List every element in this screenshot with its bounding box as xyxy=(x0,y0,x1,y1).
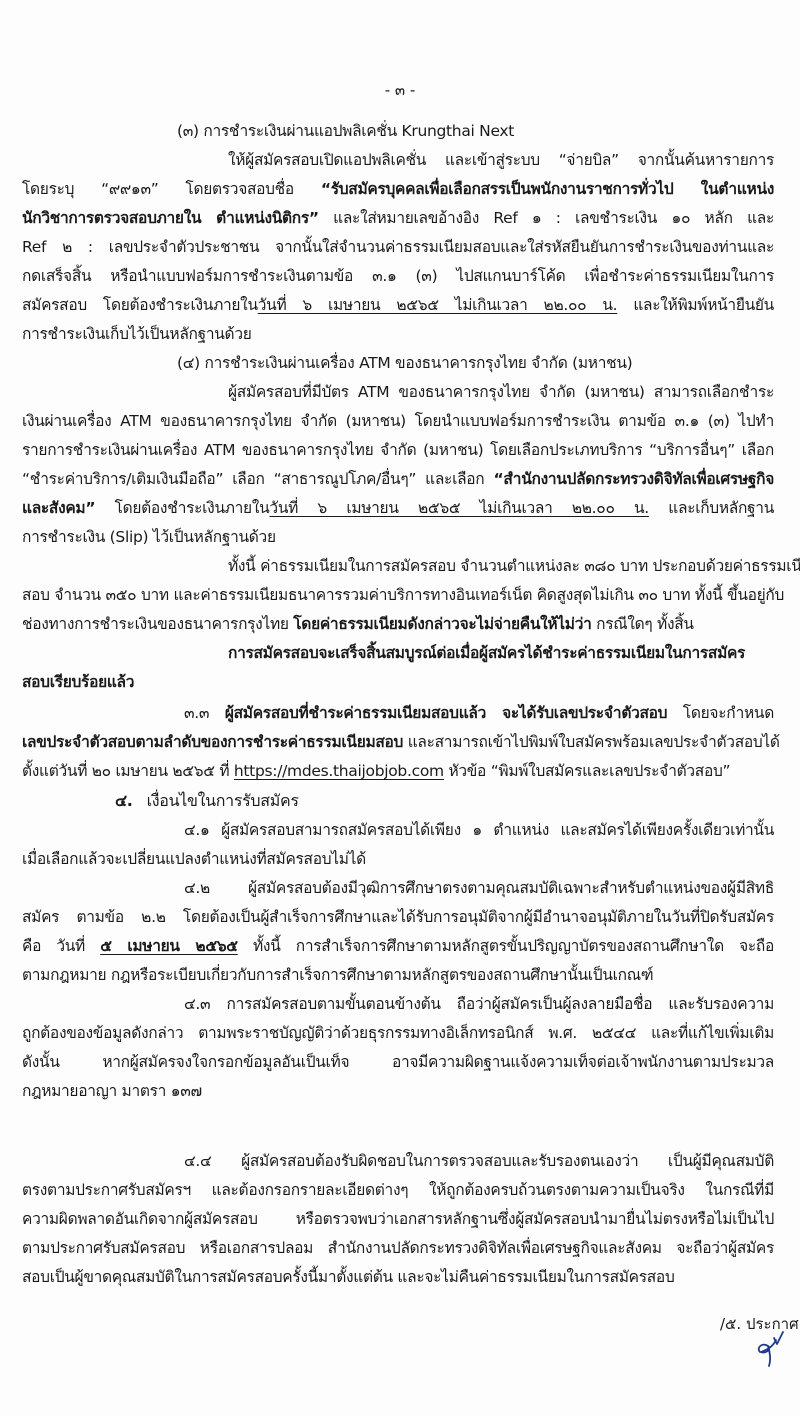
s44-line5: สอบเป็นผู้ขาดคุณสมบัติในการสมัครสอบครั้ง… xyxy=(22,1266,774,1288)
s43-line2: ถูกต้องของข้อมูลดังกล่าว ตามพระราชบัญญัต… xyxy=(22,1022,774,1044)
s43-line1: ๔.๓ การสมัครสอบตามขั้นตอนข้างต้น ถือว่าผ… xyxy=(184,993,774,1015)
s44-line4: ตามประกาศรับสมัครสอบ หรือเอกสารปลอม สำนั… xyxy=(22,1237,774,1259)
application-site-link[interactable]: https://mdes.thaijobjob.com xyxy=(234,762,444,780)
item3-line5: กดเสร็จสิ้น หรือนำแบบฟอร์มการชำระเงินตาม… xyxy=(22,265,774,287)
item4-line4: “ชำระค่าบริการ/เติมเงินมือถือ” เลือก “สา… xyxy=(22,468,774,490)
signature-icon xyxy=(752,1330,788,1368)
s43-line3: ดังนั้น หากผู้สมัครจงใจกรอกข้อมูลอันเป็น… xyxy=(22,1051,774,1073)
section4-heading: ๔.เงื่อนไขในการรับสมัคร xyxy=(115,790,774,812)
s33-line2: เลขประจำตัวสอบตามลำดับของการชำระค่าธรรมเ… xyxy=(22,731,774,753)
s44-line1: ๔.๔ ผู้สมัครสอบต้องรับผิดชอบในการตรวจสอบ… xyxy=(184,1150,774,1172)
item3-line7: การชำระเงินเก็บไว้เป็นหลักฐานด้วย xyxy=(22,323,774,345)
completion-line2: สอบเรียบร้อยแล้ว xyxy=(22,671,774,693)
item3-line2: โดยระบุ “๙๙๑๓” โดยตรวจสอบชื่อ “รับสมัครบ… xyxy=(22,178,774,200)
item3-line6: สมัครสอบ โดยต้องชำระเงินภายในวันที่ ๖ เม… xyxy=(22,294,774,316)
fee-line1: ทั้งนี้ ค่าธรรมเนียมในการสมัครสอบ จำนวนต… xyxy=(228,555,774,577)
s33-line3: ตั้งแต่วันที่ ๒๐ เมษายน ๒๕๖๕ ที่ https:/… xyxy=(22,760,774,782)
deadline-date: วันที่ ๖ เมษายน ๒๕๖๕ ไม่เกินเวลา ๒๒.๐๐ น… xyxy=(269,499,649,517)
s33-line1: ๓.๓ ผู้สมัครสอบที่ชำระค่าธรรมเนียมสอบแล้… xyxy=(184,702,774,724)
s44-line2: ตรงตามประกาศรับสมัครฯ และต้องกรอกรายละเอ… xyxy=(22,1179,774,1201)
item4-line5: และสังคม” โดยต้องชำระเงินภายในวันที่ ๖ เ… xyxy=(22,497,774,519)
item3-line3: นักวิชาการตรวจสอบภายใน ตำแหน่งนิติกร” แล… xyxy=(22,207,774,229)
s42-line2: สมัคร ตามข้อ ๒.๒ โดยต้องเป็นผู้สำเร็จการ… xyxy=(22,906,774,928)
item4-line1: ผู้สมัครสอบที่มีบัตร ATM ของธนาคารกรุงไท… xyxy=(228,381,774,403)
closing-date: ๕ เมษายน ๒๕๖๕ xyxy=(100,937,238,955)
s42-line3: คือ วันที่ ๕ เมษายน ๒๕๖๕ ทั้งนี้ การสำเร… xyxy=(22,935,774,957)
fee-line3: ช่องทางการชำระเงินของธนาคารกรุงไทย โดยค่… xyxy=(22,613,774,635)
s41-line2: เมื่อเลือกแล้วจะเปลี่ยนแปลงตำแหน่งที่สมั… xyxy=(22,848,774,870)
item3-heading: (๓) การชำระเงินผ่านแอปพลิเคชั่น Krungtha… xyxy=(177,120,774,142)
item4-line2: เงินผ่านเครื่อง ATM ของธนาคารกรุงไทย จำก… xyxy=(22,410,774,432)
item3-line4: Ref ๒ : เลขประจำตัวประชาชน จากนั้นใส่จำน… xyxy=(22,236,774,258)
s42-line1: ๔.๒ ผู้สมัครสอบต้องมีวุฒิการศึกษาตรงตามค… xyxy=(184,877,774,899)
s41-line1: ๔.๑ ผู้สมัครสอบสามารถสมัครสอบได้เพียง ๑ … xyxy=(184,819,774,841)
completion-line1: การสมัครสอบจะเสร็จสิ้นสมบูรณ์ต่อเมื่อผู้… xyxy=(228,642,774,664)
item3-line1: ให้ผู้สมัครสอบเปิดแอปพลิเคชั่น และเข้าสู… xyxy=(228,149,774,171)
page-number: - ๓ - xyxy=(0,78,800,102)
item4-heading: (๔) การชำระเงินผ่านเครื่อง ATM ของธนาคาร… xyxy=(177,352,774,374)
item4-line3: รายการชำระเงินผ่านเครื่อง ATM ของธนาคารก… xyxy=(22,439,774,461)
item4-line6: การชำระเงิน (Slip) ไว้เป็นหลักฐานด้วย xyxy=(22,526,774,548)
s44-line3: ความผิดพลาดอันเกิดจากผู้สมัครสอบ หรือตรว… xyxy=(22,1208,774,1230)
s43-line4: กฎหมายอาญา มาตรา ๑๓๗ xyxy=(22,1080,774,1102)
document-page: - ๓ - (๓) การชำระเงินผ่านแอปพลิเคชั่น Kr… xyxy=(0,0,800,1415)
fee-line2: สอบ จำนวน ๓๕๐ บาท และค่าธรรมเนียมธนาคารร… xyxy=(22,584,774,606)
s42-line4: ตามกฎหมาย กฎหรือระเบียบเกี่ยวกับการสำเร็… xyxy=(22,964,774,986)
deadline-date: วันที่ ๖ เมษายน ๒๕๖๕ ไม่เกินเวลา ๒๒.๐๐ น… xyxy=(258,296,618,314)
